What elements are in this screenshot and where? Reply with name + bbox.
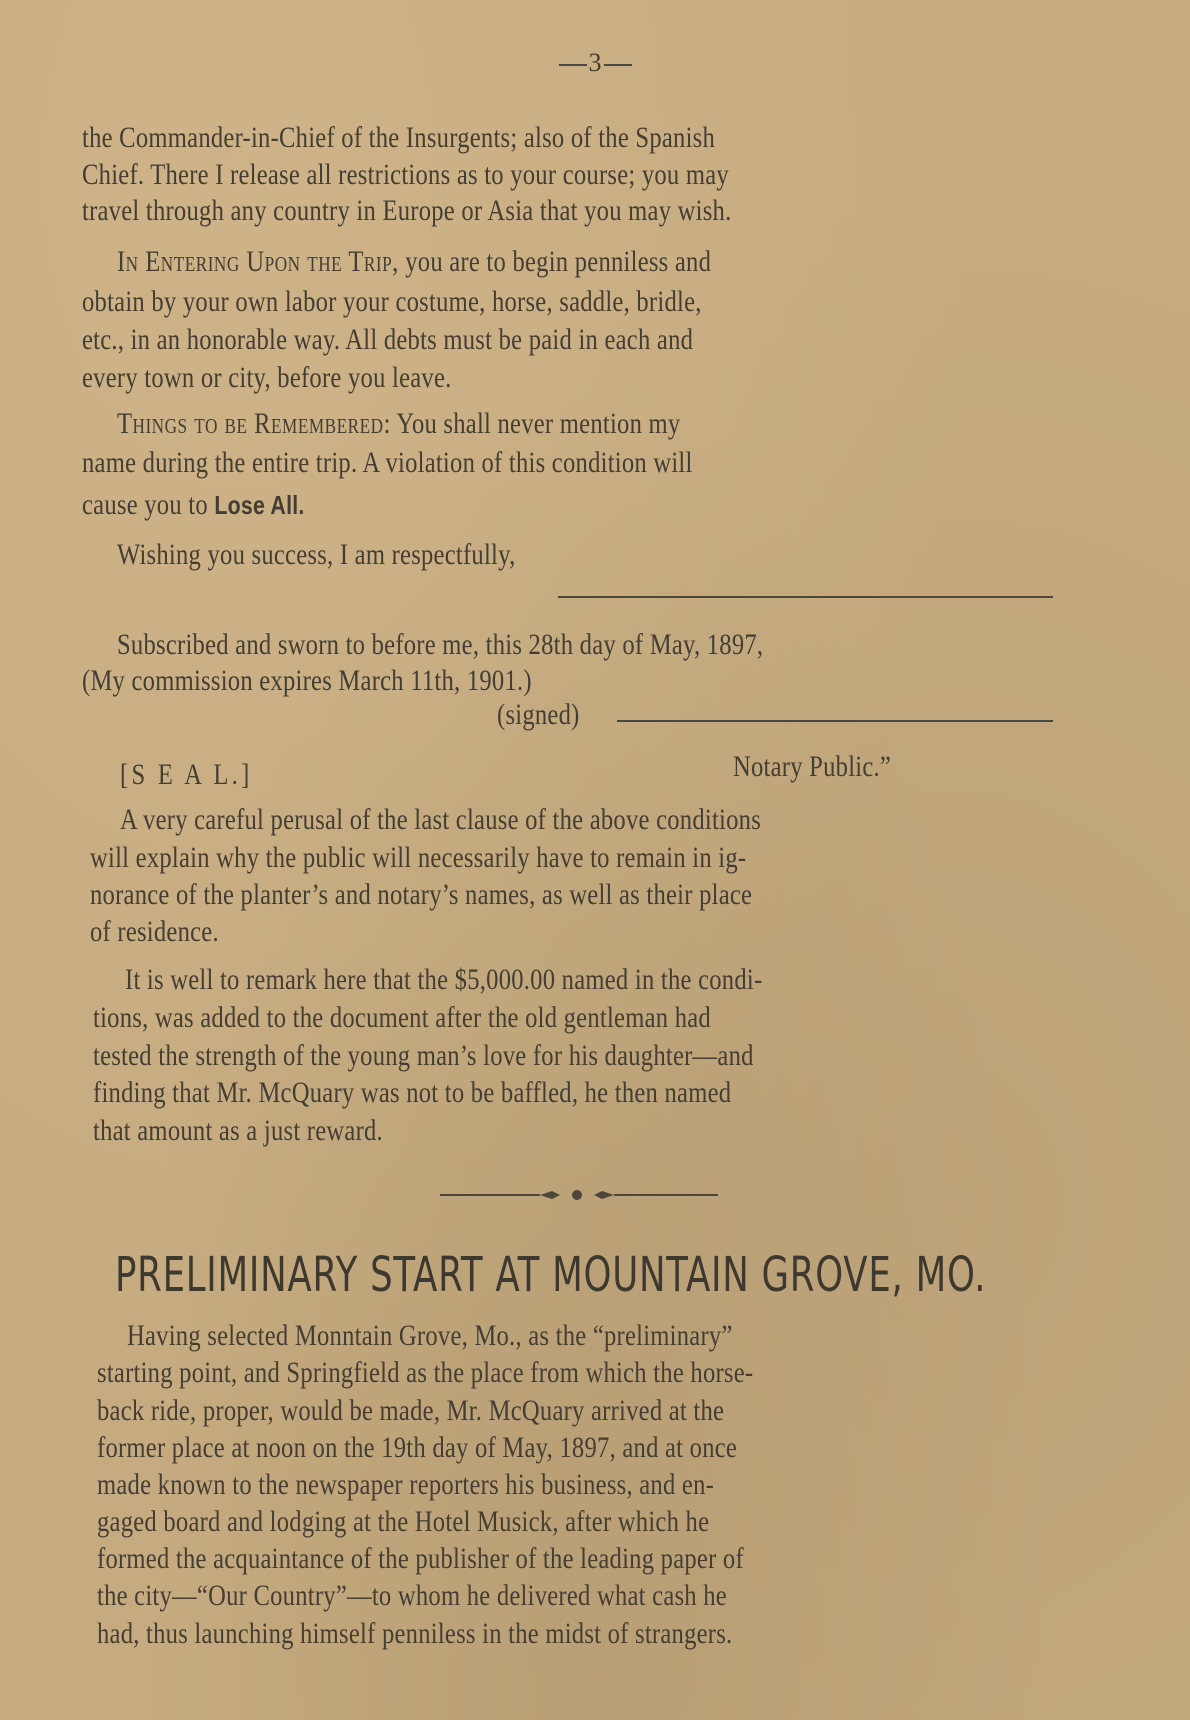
text-line: norance of the planter’s and notary’s na… [90, 877, 752, 913]
text-span: you are to begin penniless and [399, 245, 711, 278]
text-span: You shall never mention my [391, 407, 681, 440]
notary-signature-line [617, 720, 1053, 722]
remembered-lead: Things to be Remembered: [117, 407, 391, 440]
text-line: obtain by your own labor your costume, h… [82, 284, 702, 320]
text-line: back ride, proper, would be made, Mr. Mc… [97, 1393, 724, 1429]
text-line: Chief. There I release all restrictions … [82, 157, 729, 193]
text-line: Having selected Monntain Grove, Mo., as … [127, 1318, 733, 1354]
text-line: finding that Mr. McQuary was not to be b… [93, 1075, 731, 1111]
page-number-dash-right [604, 64, 632, 66]
page-number: 3 [0, 48, 1190, 78]
text-span: cause you to [82, 488, 214, 521]
text-line: travel through any country in Europe or … [82, 193, 732, 229]
text-line: made known to the newspaper reporters hi… [97, 1467, 714, 1503]
affidavit-line: Subscribed and sworn to before me, this … [117, 627, 763, 663]
text-line: It is well to remark here that the $5,00… [125, 962, 762, 998]
seal-label: [S E A L.] [120, 757, 253, 793]
text-line: will explain why the public will necessa… [90, 840, 746, 876]
signature-line [558, 596, 1053, 598]
text-line: cause you to Lose All. [82, 487, 305, 523]
text-line: A very careful perusal of the last claus… [120, 802, 761, 838]
text-line: tions, was added to the document after t… [93, 1000, 711, 1036]
page-number-dash-left [559, 64, 587, 66]
text-line: had, thus launching himself penniless in… [97, 1616, 732, 1652]
entering-lead: In Entering Upon the Trip, [117, 245, 399, 278]
affidavit-line: (My commission expires March 11th, 1901.… [82, 663, 532, 699]
signed-label: (signed) [497, 697, 580, 733]
text-line: every town or city, before you leave. [82, 360, 452, 396]
text-line: name during the entire trip. A violation… [82, 445, 693, 481]
section-heading: PRELIMINARY START AT MOUNTAIN GROVE, MO. [115, 1247, 986, 1303]
text-line: the Commander-in-Chief of the Insurgents… [82, 120, 715, 156]
notary-public-label: Notary Public.” [733, 749, 891, 785]
closing-line: Wishing you success, I am respectfully, [117, 537, 515, 573]
text-line: In Entering Upon the Trip, you are to be… [117, 244, 711, 280]
text-line: former place at noon on the 19th day of … [97, 1430, 737, 1466]
text-line: tested the strength of the young man’s l… [93, 1038, 754, 1074]
ornament-divider-icon [440, 1188, 720, 1202]
text-line: gaged board and lodging at the Hotel Mus… [97, 1504, 709, 1540]
text-line: starting point, and Springfield as the p… [97, 1355, 753, 1391]
page-number-value: 3 [589, 48, 602, 77]
text-line: the city—“Our Country”—to whom he delive… [97, 1578, 727, 1614]
text-line: that amount as a just reward. [93, 1113, 383, 1149]
lose-all-emphasis: Lose All. [214, 490, 304, 520]
text-line: of residence. [90, 914, 219, 950]
text-line: etc., in an honorable way. All debts mus… [82, 322, 693, 358]
text-line: Things to be Remembered: You shall never… [117, 406, 680, 442]
text-line: formed the acquaintance of the publisher… [97, 1541, 744, 1577]
